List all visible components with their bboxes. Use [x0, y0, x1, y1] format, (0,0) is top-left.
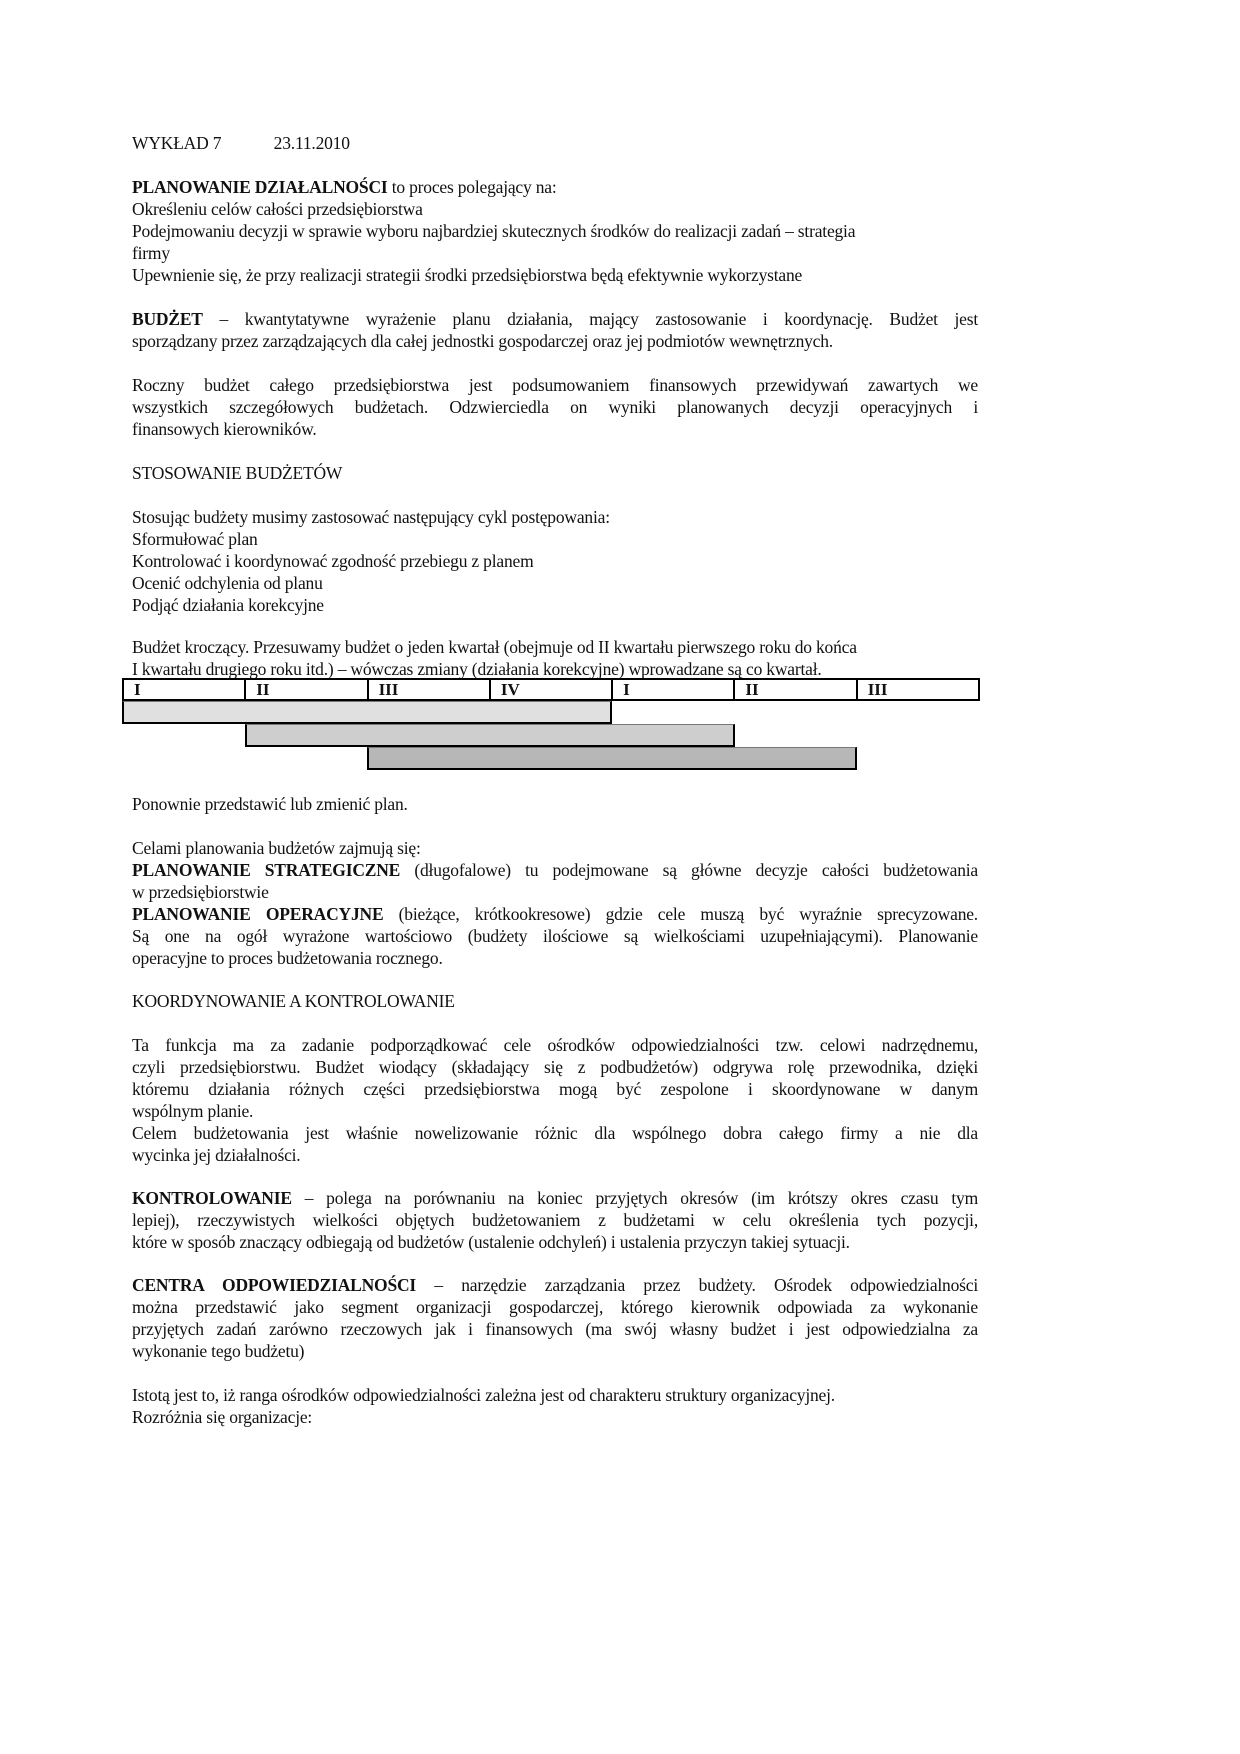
planning-item: firmy	[132, 242, 170, 264]
document-page: WYKŁAD 7 23.11.2010 PLANOWANIE DZIAŁALNO…	[0, 0, 1240, 1754]
lecture-header: WYKŁAD 7 23.11.2010	[132, 132, 350, 154]
quarter-cell: I	[611, 680, 733, 699]
operational-planning-cont: operacyjne to proces budżetowania roczne…	[132, 947, 443, 969]
control-term: KONTROLOWANIE	[132, 1188, 292, 1208]
quarter-cell: III	[856, 680, 978, 699]
budget-term: BUDŻET	[132, 309, 203, 329]
usage-step: Podjąć działania korekcyjne	[132, 594, 324, 616]
quarter-cell: II	[733, 680, 855, 699]
quarter-table: IIIIIIIVIIIIII	[122, 678, 980, 701]
planning-intro: to proces polegający na:	[388, 177, 557, 197]
lecture-date: 23.11.2010	[274, 133, 350, 153]
coordination-heading: KOORDYNOWANIE A KONTROLOWANIE	[132, 990, 455, 1012]
goals-intro: Celami planowania budżetów zajmują się:	[132, 837, 421, 859]
quarter-cell: III	[367, 680, 489, 699]
operational-planning-cont: Są one na ogół wyrażone wartościowo (bud…	[132, 925, 978, 947]
strategic-term: PLANOWANIE STRATEGICZNE	[132, 860, 400, 880]
essence-text: Istotą jest to, iż ranga ośrodków odpowi…	[132, 1384, 835, 1406]
coordination-text: Ta funkcja ma za zadanie podporządkować …	[132, 1034, 978, 1056]
budget-definition: BUDŻET – kwantytatywne wyrażenie planu d…	[132, 308, 978, 330]
coordination-text: czyli przedsiębiorstwu. Budżet wiodący (…	[132, 1056, 978, 1078]
usage-step: Kontrolować i koordynować zgodność przeb…	[132, 550, 534, 572]
rolling-budget-text: Budżet kroczący. Przesuwamy budżet o jed…	[132, 636, 857, 658]
lecture-number: WYKŁAD 7	[132, 133, 221, 153]
centers-term: CENTRA ODPOWIEDZIALNOŚCI	[132, 1275, 416, 1295]
rolling-budget-bar	[245, 724, 735, 747]
usage-intro: Stosując budżety musimy zastosować nastę…	[132, 506, 610, 528]
rolling-budget-bar	[122, 701, 612, 724]
control-definition: KONTROLOWANIE – polega na porównaniu na …	[132, 1187, 978, 1209]
coordination-text: wycinka jej działalności.	[132, 1144, 300, 1166]
control-definition-cont: które w sposób znaczący odbiegają od bud…	[132, 1231, 850, 1253]
strategic-planning-cont: w przedsiębiorstwie	[132, 881, 269, 903]
annual-paragraph: wszystkich szczegółowych budżetach. Odzw…	[132, 396, 978, 418]
usage-step: Sformułować plan	[132, 528, 258, 550]
centers-definition: CENTRA ODPOWIEDZIALNOŚCI – narzędzie zar…	[132, 1274, 978, 1296]
planning-item: Określeniu celów całości przedsiębiorstw…	[132, 198, 423, 220]
usage-step: Ocenić odchylenia od planu	[132, 572, 323, 594]
quarter-cell: IV	[489, 680, 611, 699]
centers-text: – narzędzie zarządzania przez budżety. O…	[416, 1275, 978, 1295]
quarter-cell: II	[244, 680, 366, 699]
annual-paragraph: Roczny budżet całego przedsiębiorstwa je…	[132, 374, 978, 396]
centers-definition-cont: wykonanie tego budżetu)	[132, 1340, 304, 1362]
operational-planning: PLANOWANIE OPERACYJNE (bieżące, krótkook…	[132, 903, 978, 925]
strategic-text: (długofalowe) tu podejmowane są główne d…	[400, 860, 978, 880]
budget-text: – kwantytatywne wyrażenie planu działani…	[203, 309, 978, 329]
control-definition-cont: lepiej), rzeczywistych wielkości objętyc…	[132, 1209, 978, 1231]
planning-item: Podejmowaniu decyzji w sprawie wyboru na…	[132, 220, 855, 242]
centers-definition-cont: przyjętych zadań zarówno rzeczowych jak …	[132, 1318, 978, 1340]
operational-text: (bieżące, krótkookresowe) gdzie cele mus…	[383, 904, 978, 924]
quarter-cell: I	[124, 680, 244, 699]
rolling-budget-bar	[367, 747, 857, 770]
usage-heading: STOSOWANIE BUDŻETÓW	[132, 462, 342, 484]
essence-text: Rozróżnia się organizacje:	[132, 1406, 312, 1428]
centers-definition-cont: można przedstawić jako segment organizac…	[132, 1296, 978, 1318]
coordination-text: Celem budżetowania jest właśnie nowelizo…	[132, 1122, 978, 1144]
planning-item: Upewnienie się, że przy realizacji strat…	[132, 264, 802, 286]
planning-definition: PLANOWANIE DZIAŁALNOŚCI to proces polega…	[132, 176, 557, 198]
replan-text: Ponownie przedstawić lub zmienić plan.	[132, 793, 408, 815]
annual-paragraph: finansowych kierowników.	[132, 418, 317, 440]
operational-term: PLANOWANIE OPERACYJNE	[132, 904, 383, 924]
strategic-planning: PLANOWANIE STRATEGICZNE (długofalowe) tu…	[132, 859, 978, 881]
budget-definition-cont: sporządzany przez zarządzających dla cał…	[132, 330, 833, 352]
rolling-budget-text: I kwartału drugiego roku itd.) – wówczas…	[132, 658, 822, 680]
coordination-text: wspólnym planie.	[132, 1100, 253, 1122]
planning-term: PLANOWANIE DZIAŁALNOŚCI	[132, 177, 388, 197]
control-text: – polega na porównaniu na koniec przyjęt…	[292, 1188, 978, 1208]
coordination-text: któremu działania różnych części przedsi…	[132, 1078, 978, 1100]
